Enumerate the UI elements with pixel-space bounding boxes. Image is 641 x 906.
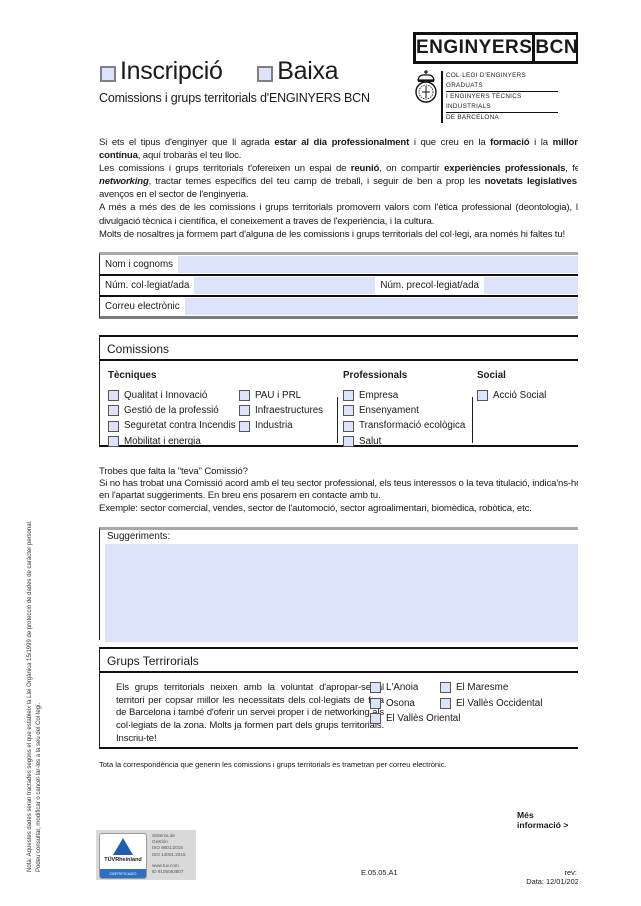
college-line: de Barcelona (446, 113, 558, 123)
suggestions-label: Suggeriments: (107, 531, 170, 542)
name-row: Nom i cognoms (100, 255, 578, 274)
email-input[interactable] (185, 298, 578, 315)
missing-question: Trobes que falta la "teva" Comissió? (99, 466, 578, 478)
checkbox[interactable] (370, 682, 381, 693)
option-inscripcio[interactable]: Inscripció (100, 57, 223, 86)
checkbox-label: El Maresme (456, 680, 508, 696)
checkbox-label: Gestió de la professió (124, 403, 219, 418)
checkbox[interactable] (440, 698, 451, 709)
checkbox-option[interactable]: Industria (239, 418, 323, 433)
tecniques-list-2: PAU i PRLInfraestructuresIndustria (239, 388, 323, 434)
name-label: Nom i cognoms (100, 255, 178, 274)
intro-text: Si ets el tipus d'enginyer que li agrada… (99, 136, 578, 241)
tuv-triangle-icon (113, 838, 133, 855)
enginyers-bcn-logo: ENGINYERS BCN (413, 32, 578, 64)
tuv-details: Sistema de Gestión ISO 9001:2015 ISO 140… (152, 833, 185, 875)
checkbox-option[interactable]: Osona (370, 696, 440, 712)
checkbox-option[interactable]: Seguretat contra Incendis (108, 418, 236, 433)
document-code: E.05.05.A1 (361, 868, 398, 877)
baixa-checkbox[interactable] (257, 66, 273, 82)
checkbox-label: Acció Social (493, 388, 546, 403)
territorial-groups-list: L'AnoiaEl MaresmeOsonaEl Vallès Occident… (370, 680, 542, 727)
intro-paragraph-1: Si ets el tipus d'enginyer que li agrada… (99, 136, 578, 162)
privacy-note: Nota: Aquestes dades seran tractades seg… (26, 520, 43, 872)
checkbox-option[interactable]: Salut (343, 434, 465, 449)
page-subtitle: Comissions i grups territorials d'ENGINY… (99, 91, 370, 105)
professionals-heading: Professionals (343, 370, 407, 381)
checkbox-option[interactable]: Mobilitat i energia (108, 434, 236, 449)
privacy-note-line-2: Podeu consultar, modificar o cancel·lar-… (35, 520, 44, 872)
cert-id: ID 9105083807 (152, 869, 185, 875)
comissions-section: Comissions Tècniques Qualitat i Innovaci… (99, 335, 578, 447)
checkbox-option[interactable]: Qualitat i Innovació (108, 388, 236, 403)
tuv-certified-label: CERTIFICADO (100, 869, 146, 878)
checkbox[interactable] (108, 436, 119, 447)
checkbox[interactable] (108, 405, 119, 416)
checkbox-option[interactable]: PAU i PRL (239, 388, 323, 403)
intro-paragraph-2: Les comissions i grups territorials t'of… (99, 162, 578, 201)
tuv-certification-badge: TÜVRheinland CERTIFICADO Sistema de Gest… (96, 830, 196, 880)
checkbox-label: El Vallès Occidental (456, 696, 542, 712)
member-number-label: Núm. col·legiat/ada (100, 276, 194, 295)
missing-explanation: Si no has trobat una Comissió acord amb … (99, 478, 578, 502)
form-type-options: Inscripció Baixa (100, 57, 366, 87)
checkbox-label: Empresa (359, 388, 398, 403)
logo-word-enginyers: ENGINYERS (416, 35, 535, 61)
member-row: Núm. col·legiat/ada Núm. precol·legiat/a… (100, 274, 578, 295)
college-crest-icon (413, 70, 439, 104)
inscripcio-label: Inscripció (120, 57, 223, 86)
email-row: Correu electrònic (100, 295, 578, 316)
checkbox-label: Infraestructures (255, 403, 323, 418)
suggestions-section: Suggeriments: (99, 527, 578, 640)
checkbox[interactable] (108, 390, 119, 401)
revision: rev: 9 (500, 868, 578, 877)
cert-line: ISO 14001:2015 (152, 852, 185, 858)
email-label: Correu electrònic (100, 297, 185, 316)
tuv-logo: TÜVRheinland CERTIFICADO (99, 833, 147, 879)
name-input[interactable] (178, 256, 578, 273)
checkbox-option[interactable]: El Maresme (440, 680, 542, 696)
intro-paragraph-3: A més a més des de les comissions i grup… (99, 201, 578, 227)
checkbox[interactable] (477, 390, 488, 401)
checkbox[interactable] (239, 421, 250, 432)
checkbox-option[interactable]: Infraestructures (239, 403, 323, 418)
college-name: Col·legi d'Enginyers Graduats i Enginyer… (441, 71, 558, 123)
territorial-groups-grid: L'AnoiaEl MaresmeOsonaEl Vallès Occident… (370, 680, 542, 727)
checkbox[interactable] (440, 682, 451, 693)
missing-example: Exemple: sector comercial, vendes, secto… (99, 503, 578, 515)
divider (472, 397, 473, 443)
revision-info: rev: 9 Data: 12/01/2026 (500, 868, 578, 886)
checkbox[interactable] (239, 390, 250, 401)
intro-paragraph-4: Molts de nosaltres ja formem part d'algu… (99, 228, 578, 241)
checkbox-label: L'Anoia (386, 680, 418, 696)
checkbox-option[interactable]: Transformació ecològica (343, 418, 465, 433)
personal-data-fields: Nom i cognoms Núm. col·legiat/ada Núm. p… (99, 252, 578, 319)
premember-number-input[interactable] (484, 277, 578, 294)
checkbox-label: Ensenyament (359, 403, 419, 418)
territorial-groups-section: Grups Terrirorials Els grups territorial… (99, 647, 578, 749)
territorial-groups-title: Grups Terrirorials (100, 649, 578, 673)
checkbox-label: Industria (255, 418, 293, 433)
checkbox[interactable] (370, 713, 381, 724)
baixa-label: Baixa (277, 57, 338, 86)
suggestions-textarea[interactable] (105, 544, 578, 642)
checkbox[interactable] (343, 405, 354, 416)
tecniques-heading: Tècniques (108, 370, 156, 381)
tuv-brand: TÜVRheinland (101, 857, 145, 863)
form-page: Inscripció Baixa Comissions i grups terr… (0, 0, 578, 906)
checkbox[interactable] (343, 390, 354, 401)
checkbox[interactable] (239, 405, 250, 416)
checkbox-option[interactable]: Empresa (343, 388, 465, 403)
cert-line: ISO 9001:2015 (152, 845, 185, 851)
option-baixa[interactable]: Baixa (257, 57, 338, 86)
revision-date: Data: 12/01/2026 (500, 877, 578, 886)
college-line: i Enginyers Tècnics Industrials (446, 92, 558, 113)
correspondence-note: Tota la correspondència que generin les … (99, 760, 447, 769)
privacy-note-line-1: Nota: Aquestes dades seran tractades seg… (26, 520, 35, 872)
checkbox[interactable] (343, 436, 354, 447)
checkbox-option[interactable]: El Vallès Occidental (440, 696, 542, 712)
checkbox[interactable] (370, 698, 381, 709)
checkbox-option[interactable]: El Vallès Oriental (370, 711, 440, 727)
tecniques-list-1: Qualitat i InnovacióGestió de la profess… (108, 388, 236, 449)
checkbox-option[interactable]: Acció Social (477, 388, 546, 403)
social-heading: Social (477, 370, 506, 381)
comissions-title: Comissions (100, 337, 578, 361)
checkbox-label: Osona (386, 696, 415, 712)
premember-number-label: Núm. precol·legiat/ada (375, 276, 484, 295)
college-line: Col·legi d'Enginyers Graduats (446, 71, 558, 92)
checkbox-option[interactable]: Gestió de la professió (108, 403, 236, 418)
checkbox-label: Seguretat contra Incendis (124, 418, 236, 433)
more-info-link[interactable]: Més informació > (517, 810, 578, 830)
checkbox-label: Mobilitat i energia (124, 434, 201, 449)
checkbox-label: Transformació ecològica (359, 418, 465, 433)
checkbox-label: Qualitat i Innovació (124, 388, 207, 403)
professionals-list: EmpresaEnsenyamentTransformació ecològic… (343, 388, 465, 449)
territorial-groups-description: Els grups territorials neixen amb la vol… (116, 682, 384, 746)
divider (337, 397, 338, 443)
missing-commission-text: Trobes que falta la "teva" Comissió? Si … (99, 466, 578, 515)
checkbox-label: El Vallès Oriental (386, 711, 460, 727)
checkbox[interactable] (108, 421, 119, 432)
checkbox-option[interactable]: Ensenyament (343, 403, 465, 418)
checkbox-option[interactable]: L'Anoia (370, 680, 440, 696)
checkbox[interactable] (343, 421, 354, 432)
checkbox-label: PAU i PRL (255, 388, 301, 403)
social-list: Acció Social (477, 388, 546, 403)
member-number-input[interactable] (194, 277, 375, 294)
logo-word-bcn: BCN (535, 35, 578, 61)
inscripcio-checkbox[interactable] (100, 66, 116, 82)
checkbox-label: Salut (359, 434, 381, 449)
